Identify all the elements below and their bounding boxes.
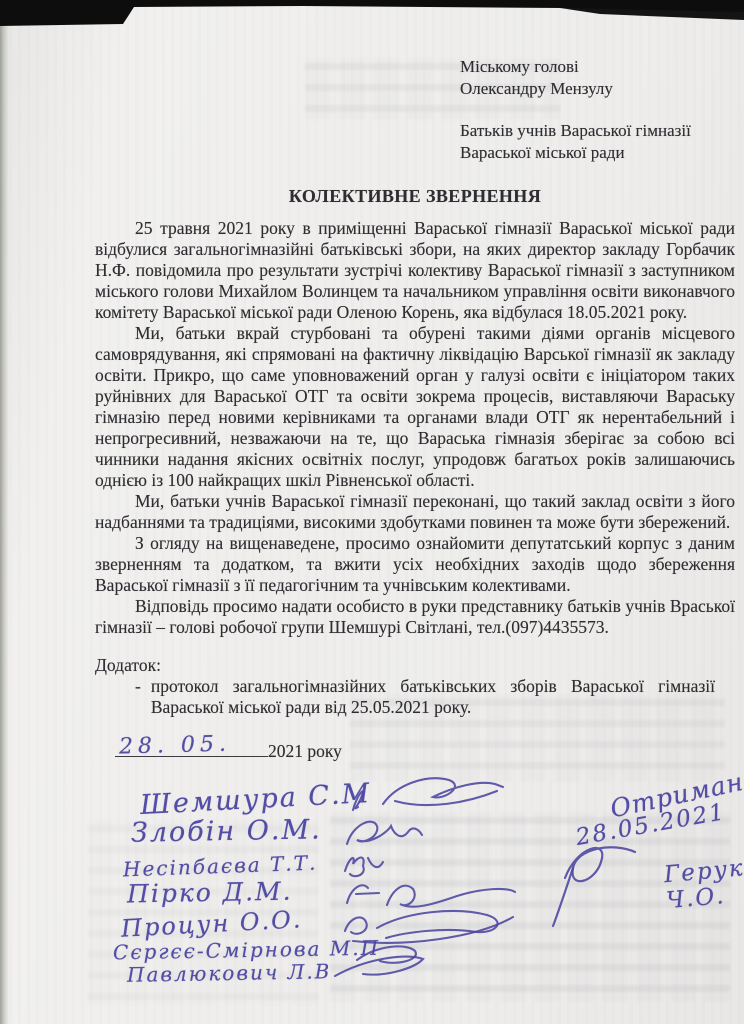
received-note: Отримано: 28.05.2021 Герук Ч.О. — [547, 778, 744, 948]
handwritten-date: 28. 05. — [119, 732, 232, 760]
addressee-to-line: Міському голові — [460, 56, 735, 78]
paragraph: Ми, батьки учнів Вараської гімназії пере… — [95, 491, 735, 533]
signature-scribble — [347, 885, 379, 903]
letter-content: Міському голові Олександру Мензулу Батьк… — [95, 56, 735, 982]
addressee-from-line: Вараської міської ради — [460, 142, 735, 164]
date-typed: 2021 року — [268, 741, 342, 761]
addressee-to-line: Олександру Мензулу — [460, 78, 735, 100]
scan-left-edge — [0, 0, 9, 1024]
addressee-from-line: Батьків учнів Вараської гімназії — [460, 120, 735, 142]
paragraph: З огляду на вищенаведене, просимо ознайо… — [95, 533, 735, 596]
signature-scribble — [353, 791, 363, 810]
signature-scribble — [357, 946, 416, 962]
scan-top-edge — [0, 0, 744, 30]
signature-scribble — [345, 911, 498, 938]
attachment-label: Додаток: — [95, 654, 735, 676]
addressee-block: Міському голові Олександру Мензулу Батьк… — [460, 56, 735, 164]
date-line: 28. 05. 2021 року — [115, 734, 735, 762]
signatures-area: Шемшура С.М Злобін О.М. Несіпбаєва Т.Т. … — [95, 770, 735, 982]
spacer — [460, 100, 735, 120]
signature-scribble — [395, 791, 497, 805]
scanned-document: Міському голові Олександру Мензулу Батьк… — [0, 0, 744, 1024]
document-title: КОЛЕКТИВНЕ ЗВЕРНЕННЯ — [95, 186, 735, 207]
paragraph: Відповідь просимо надати особисто в руки… — [95, 596, 735, 638]
attachment-section: Додаток: - протокол загальногімназійних … — [95, 654, 735, 718]
paragraph: Ми, батьки вкрай стурбовані та обурені т… — [95, 323, 735, 491]
signature-scribble — [347, 822, 422, 844]
attachment-item: - протокол загальногімназійних батьківсь… — [95, 676, 715, 718]
signature-scribble — [383, 778, 503, 804]
signature-scribble — [345, 858, 383, 877]
list-dash: - — [135, 676, 141, 718]
date-blank-line: 28. 05. — [115, 734, 268, 757]
attachment-item-text: протокол загальногімназійних батьківськи… — [151, 676, 715, 718]
signature-scribble — [387, 886, 515, 907]
paragraph: 25 травня 2021 року в приміщенні Вараськ… — [95, 218, 735, 323]
